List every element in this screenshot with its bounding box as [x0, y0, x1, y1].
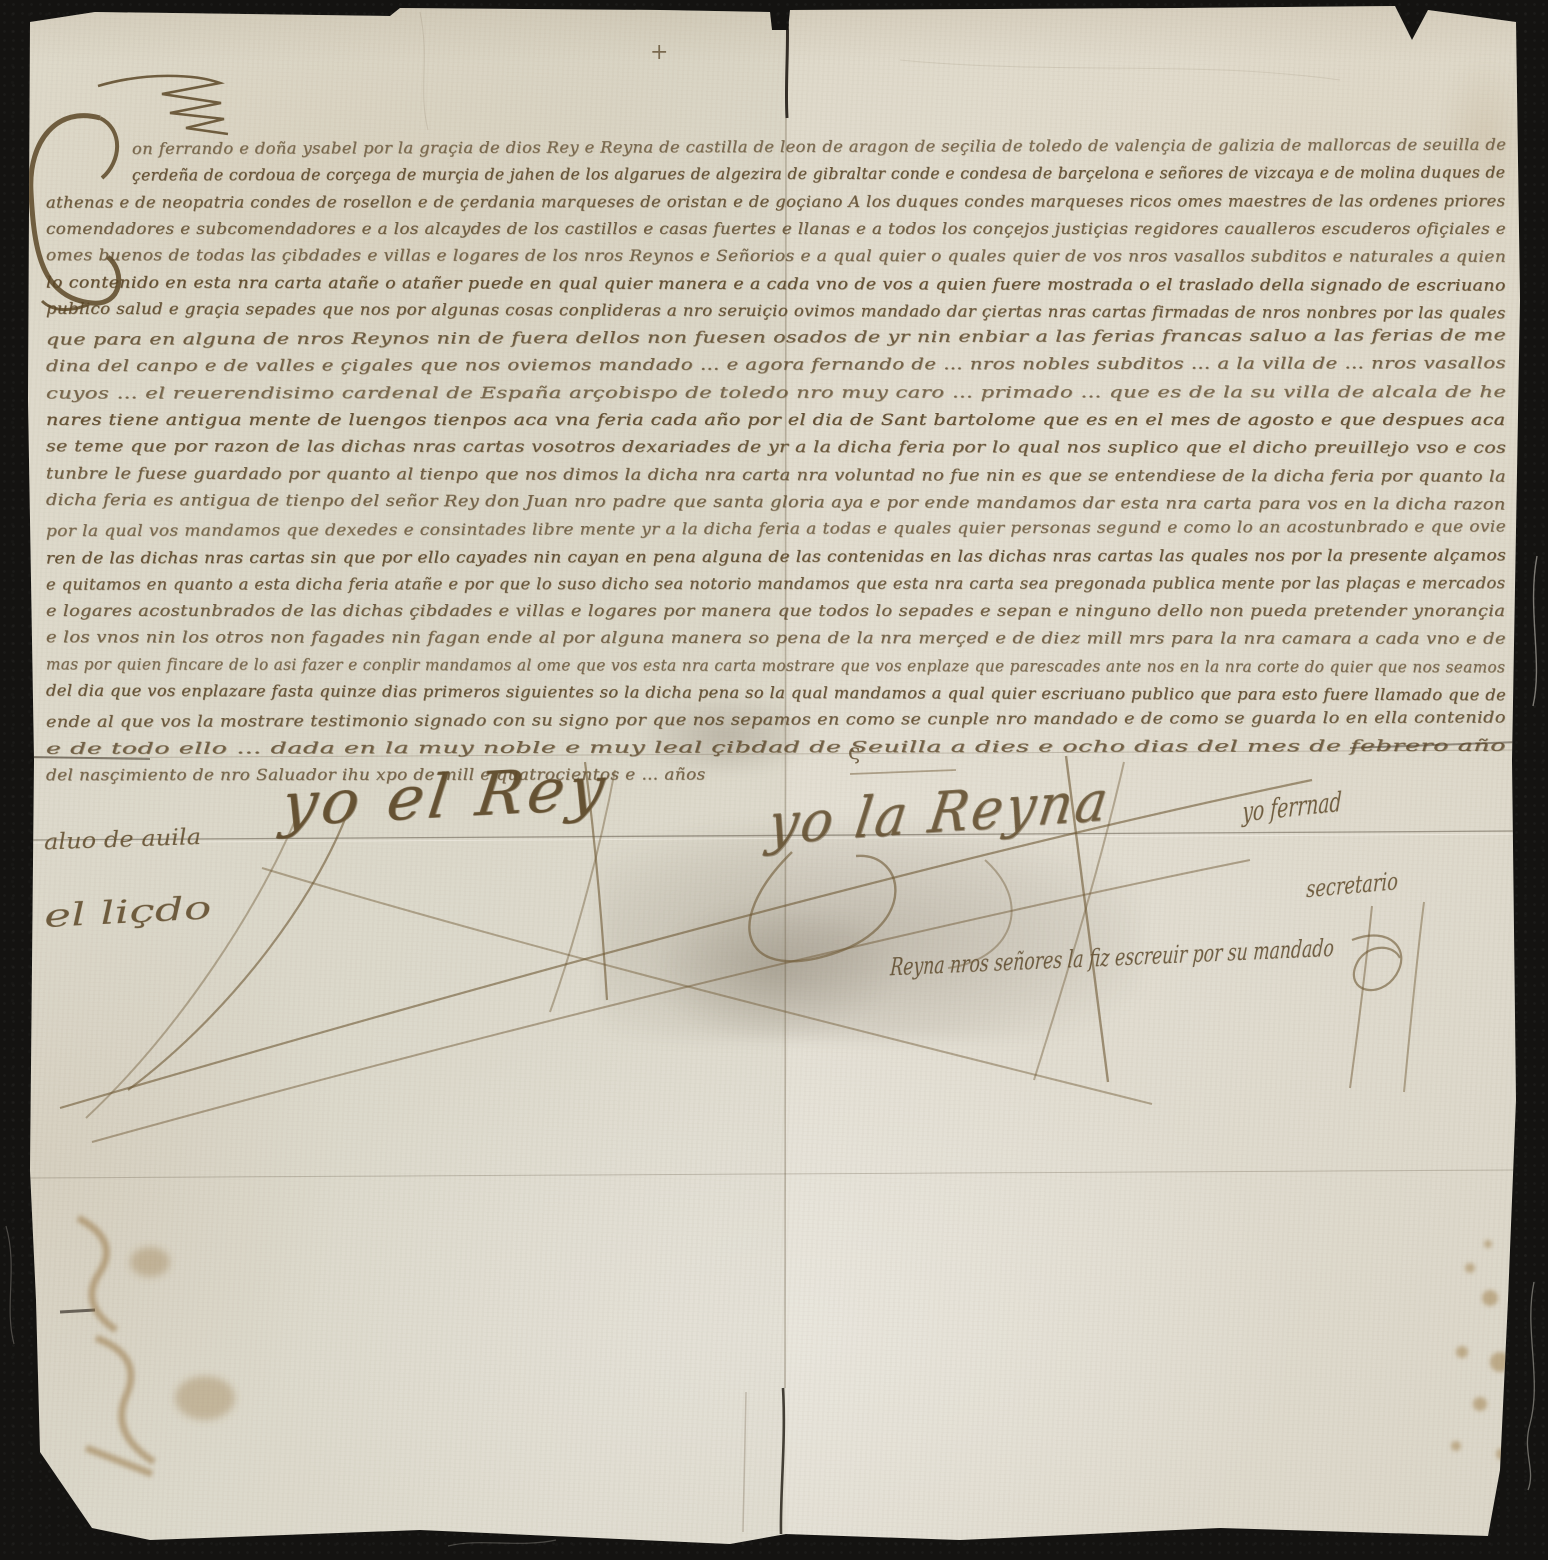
manuscript-text-block: on ferrando e doña ysabel por la graçia … [0, 0, 1548, 1560]
manuscript-line-text: mas por quien fincare de lo asi fazer e … [46, 650, 1505, 680]
manuscript-line-text: cuyos … el reuerendisimo cardenal de Esp… [46, 378, 1506, 407]
manuscript-line: mas por quien fincare de lo asi fazer e … [46, 650, 1548, 680]
manuscript-paper: on ferrando e doña ysabel por la graçia … [0, 0, 1548, 1560]
manuscript-line: ren de las dichas nras cartas sin que po… [46, 541, 1430, 571]
manuscript-line: athenas e de neopatria condes de rosello… [46, 187, 1478, 215]
fiber [6, 1226, 14, 1344]
manuscript-line-text: e logares acostunbrados de las dichas çi… [46, 597, 1505, 624]
margin-note-licenciado: el liçdo [43, 891, 162, 935]
manuscript-line: comendadores e subcomendadores e a los a… [46, 215, 1447, 242]
manuscript-line: e logares acostunbrados de las dichas çi… [46, 597, 1367, 624]
fiber [1527, 1282, 1534, 1490]
manuscript-line: que para en alguna de nros Reynos nin de… [46, 322, 1187, 353]
fiber [1533, 556, 1537, 706]
invocation-cross-mark: + [650, 40, 668, 65]
manuscript-line: omes buenos de todas las çibdades e vill… [46, 241, 1425, 269]
manuscript-line: dina del canpo e de valles e çigales que… [46, 350, 1241, 380]
manuscript-line: ende al que vos la mostrare testimonio s… [46, 704, 1378, 735]
manuscript-line-text: on ferrando e doña ysabel por la graçia … [132, 131, 1506, 162]
paragraph-mark: ς [848, 740, 860, 765]
manuscript-line-text: e quitamos en quanto a esta dicha feria … [46, 569, 1506, 598]
manuscript-line: e los vnos nin los otros non fagades nin… [46, 624, 1352, 652]
manuscript-line-text: e los vnos nin los otros non fagades nin… [46, 624, 1506, 653]
manuscript-line-text: athenas e de neopatria condes de rosello… [46, 187, 1506, 216]
manuscript-line: cuyos … el reuerendisimo cardenal de Esp… [46, 378, 1157, 406]
manuscript-line-text: omes buenos de todas las çibdades e vill… [46, 241, 1506, 270]
manuscript-line: se teme que por razon de las dichas nras… [46, 433, 1287, 461]
manuscript-line-text: ren de las dichas nras cartas sin que po… [46, 541, 1506, 571]
manuscript-line-text: ende al que vos la mostrare testimonio s… [46, 704, 1506, 736]
margin-note-avila: aluo de auila [44, 826, 188, 856]
manuscript-line: por la qual vos mandamos que dexedes e c… [46, 513, 1429, 544]
fiber [448, 1540, 556, 1546]
manuscript-line-text: dina del canpo e de valles e çigales que… [46, 350, 1506, 380]
manuscript-line: çerdeña de cordoua de corçega de murçia … [132, 159, 1548, 189]
manuscript-line: tunbre le fuese guardado por quanto al t… [46, 459, 1373, 489]
manuscript-line: on ferrando e doña ysabel por la graçia … [132, 131, 1482, 162]
manuscript-line-text: que para en alguna de nros Reynos nin de… [46, 321, 1506, 353]
manuscript-line: lo contenido en esta nra carta atañe o a… [46, 268, 1395, 298]
manuscript-line-text: e de todo ello … dada en la muy noble e … [46, 732, 1506, 762]
manuscript-line-text: tunbre le fuese guardado por quanto al t… [46, 459, 1506, 489]
manuscript-line: dicha feria es antigua de tienpo del señ… [46, 486, 1366, 517]
manuscript-line-text: nares tiene antigua mente de luengos tie… [46, 406, 1506, 433]
manuscript-line: nares tiene antigua mente de luengos tie… [46, 406, 1277, 433]
manuscript-line: e quitamos en quanto a esta dicha feria … [46, 569, 1478, 597]
manuscript-line-text: lo contenido en esta nra carta atañe o a… [46, 268, 1506, 298]
manuscript-line-text: çerdeña de cordoua de corçega de murçia … [132, 159, 1505, 189]
manuscript-line-text: se teme que por razon de las dichas nras… [46, 433, 1506, 462]
manuscript-line-text: comendadores e subcomendadores e a los a… [46, 215, 1506, 242]
manuscript-line-text: por la qual vos mandamos que dexedes e c… [46, 513, 1506, 545]
